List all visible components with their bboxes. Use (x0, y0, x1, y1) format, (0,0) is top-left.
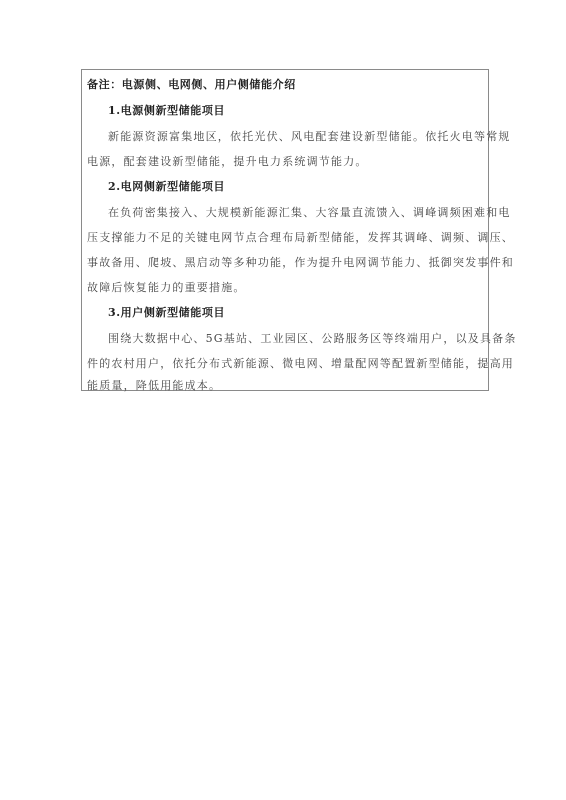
paragraph-line: 电源，配套建设新型储能，提升电力系统调节能力。 (87, 155, 488, 169)
paragraph-line: 故障后恢复能力的重要措施。 (87, 281, 488, 295)
paragraph-line: 事故备用、爬坡、黑启动等多种功能，作为提升电网调节能力、抵御突发事件和 (87, 256, 488, 270)
section-heading-grid-side: 2.电网侧新型储能项目 (108, 180, 488, 194)
paragraph-line: 压支撑能力不足的关键电网节点合理布局新型储能，发挥其调峰、调频、调压、 (87, 231, 488, 245)
paragraph-line: 在负荷密集接入、大规模新能源汇集、大容量直流馈入、调峰调频困难和电 (108, 206, 488, 220)
paragraph-line: 能质量，降低用能成本。 (87, 379, 488, 393)
paragraph-line: 新能源资源富集地区，依托光伏、风电配套建设新型储能。依托火电等常规 (108, 130, 488, 144)
section-heading-power-side: 1.电源侧新型储能项目 (108, 104, 488, 118)
paragraph-line: 围绕大数据中心、5G基站、工业园区、公路服务区等终端用户，以及具备条 (108, 332, 488, 346)
section-heading-user-side: 3.用户侧新型储能项目 (108, 306, 488, 320)
note-title: 备注：电源侧、电网侧、用户侧储能介绍 (87, 78, 488, 92)
note-box: 备注：电源侧、电网侧、用户侧储能介绍 1.电源侧新型储能项目 新能源资源富集地区… (81, 69, 489, 391)
paragraph-line: 件的农村用户，依托分布式新能源、微电网、增量配网等配置新型储能，提高用 (87, 357, 488, 371)
